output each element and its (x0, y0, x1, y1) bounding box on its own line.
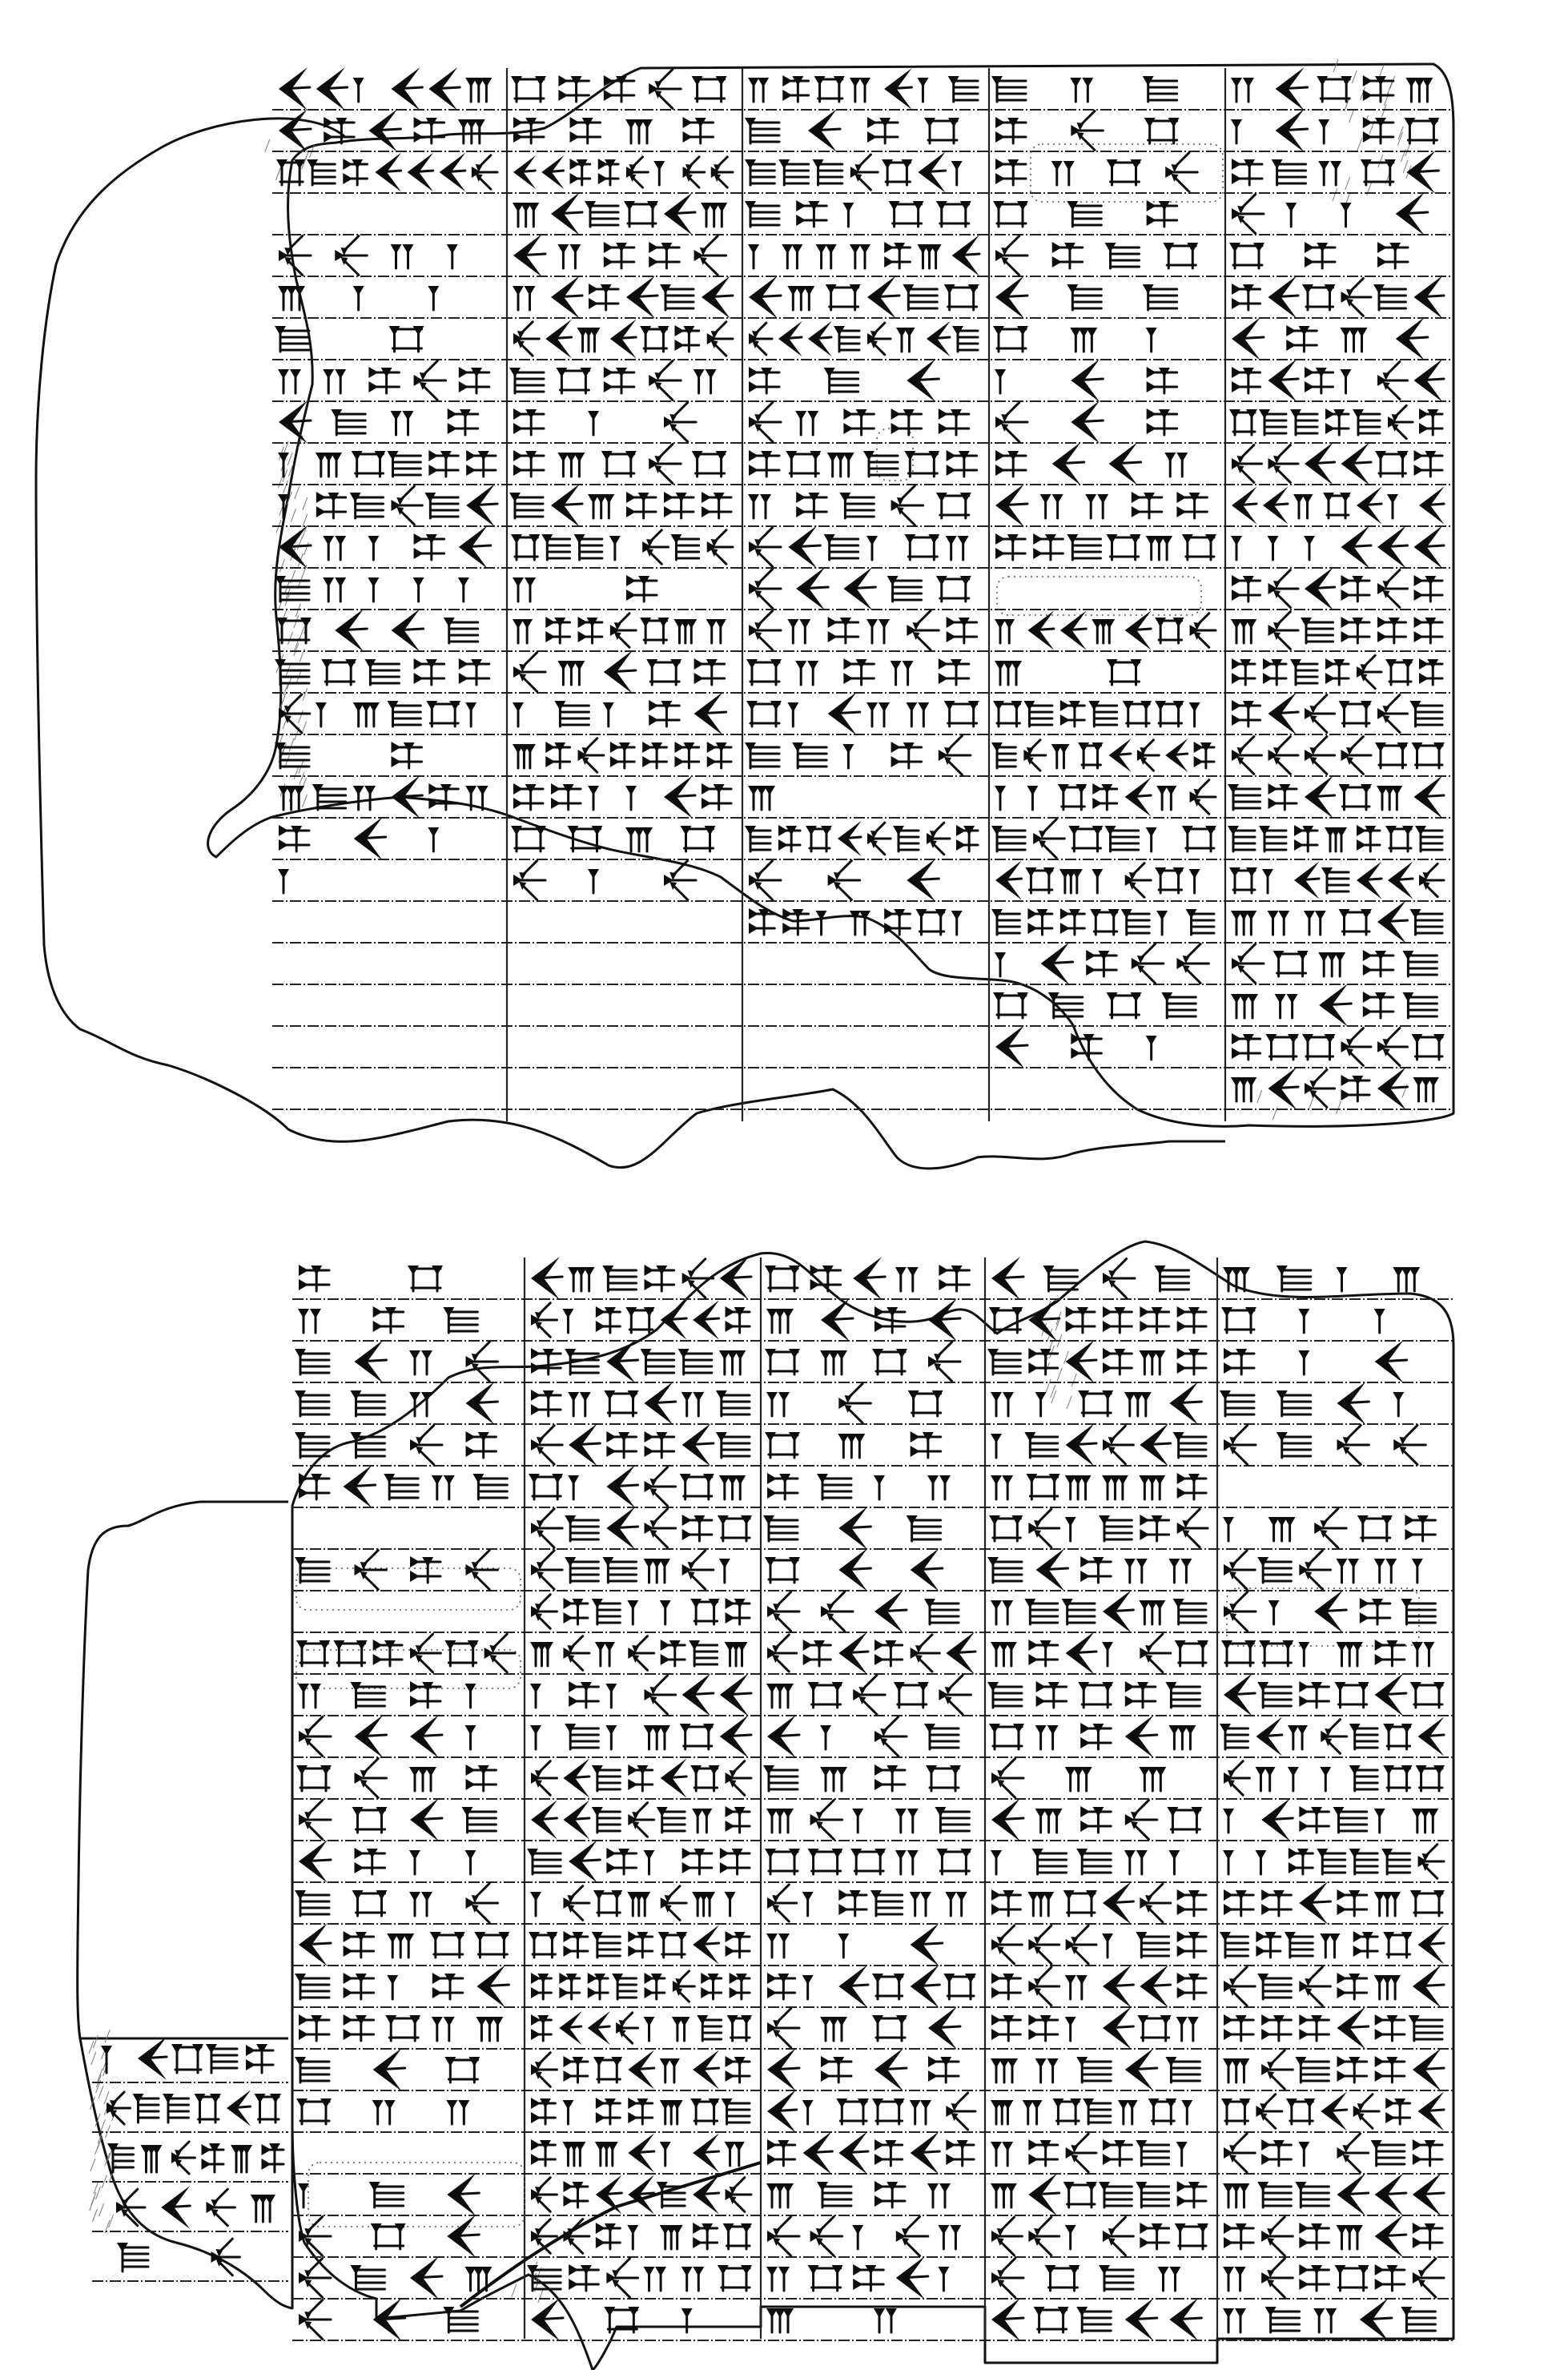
sign-group (749, 908, 963, 935)
sign-group (1223, 1265, 1420, 1291)
sign-group (995, 860, 1200, 899)
sign-group (746, 692, 979, 735)
sign-group (509, 361, 717, 400)
sign-group (991, 2098, 1192, 2124)
side-panel-sign-group (101, 2037, 273, 2080)
sign-group (987, 1681, 1200, 1708)
sign-group (991, 1382, 1201, 1425)
sign-group (513, 861, 696, 900)
sign-group (767, 2048, 959, 2091)
sign-group (993, 200, 1177, 227)
sign-group (298, 2173, 479, 2216)
sign-group (767, 2131, 974, 2175)
sign-group (766, 1923, 943, 1966)
sign-group (991, 1849, 1180, 1874)
sign-group (513, 234, 726, 277)
sign-group (531, 1971, 750, 2002)
sign-group (1232, 359, 1444, 402)
sign-group (531, 2098, 750, 2124)
sign-group (513, 276, 733, 319)
sign-group (275, 742, 422, 768)
sign-group (765, 1257, 969, 1300)
sign-group (513, 192, 727, 235)
sign-group (1231, 1067, 1439, 1110)
sign-group (993, 700, 1200, 726)
sign-group (299, 1923, 509, 1966)
sign-group (1221, 1640, 1434, 1666)
sign-group (1232, 567, 1442, 610)
erasure-box (997, 577, 1201, 615)
sign-group (531, 2011, 752, 2045)
sign-group (745, 736, 971, 775)
sign-group (745, 151, 963, 193)
sign-group (299, 1715, 476, 1758)
sign-group (1231, 525, 1444, 569)
sign-group (991, 2259, 1181, 2298)
sign-group (765, 1849, 971, 1874)
sign-group (531, 1300, 750, 1339)
cuneiform-drawing (0, 0, 1568, 2370)
sign-group (1229, 861, 1444, 899)
sign-group (995, 942, 1208, 985)
sign-group (1223, 1798, 1438, 1841)
sign-group (1221, 1307, 1385, 1333)
sign-group (1224, 1426, 1425, 1465)
sign-group (513, 403, 696, 442)
sign-group (1229, 242, 1408, 268)
sign-group (279, 817, 439, 860)
sign-group (531, 2298, 693, 2341)
sign-group (530, 1673, 751, 1716)
sign-group (531, 2175, 751, 2214)
sign-group (1224, 1881, 1445, 1925)
sign-group (749, 525, 969, 569)
sign-group (531, 1340, 746, 1383)
sign-group (299, 2298, 477, 2341)
sign-group (991, 1759, 1166, 1798)
sign-group (767, 1473, 951, 1499)
sign-group (991, 738, 1214, 772)
sign-group (295, 2048, 480, 2091)
sign-group (991, 908, 1214, 935)
sign-group (995, 153, 1197, 192)
sign-group (1220, 1925, 1444, 1964)
sign-group (1232, 737, 1445, 775)
sign-group (529, 1925, 750, 1964)
sign-group (1231, 984, 1437, 1027)
sign-group (763, 1764, 961, 1791)
sign-group (766, 1676, 971, 1715)
sign-group (1231, 109, 1439, 152)
sign-group (531, 1423, 750, 1467)
sign-group (513, 650, 725, 694)
sign-group (767, 2090, 975, 2133)
sign-group (995, 236, 1198, 276)
sign-group (531, 1758, 751, 1797)
sign-group (296, 1759, 497, 1798)
sign-group (511, 70, 727, 109)
sign-group (299, 1798, 497, 1841)
sign-group (513, 614, 726, 647)
sign-group (1232, 151, 1438, 194)
sign-group (746, 658, 969, 685)
sign-group (278, 450, 496, 477)
sign-group (1228, 775, 1444, 819)
sign-group (748, 68, 978, 110)
sign-group (995, 359, 1177, 402)
sign-group (531, 1257, 751, 1300)
sign-group (995, 610, 1216, 650)
sign-group (766, 1298, 960, 1342)
sign-group (745, 821, 978, 857)
sign-group (531, 1800, 750, 1839)
sign-group (991, 1423, 1206, 1467)
sign-group (279, 109, 485, 152)
side-panel-sign-group (107, 2090, 281, 2126)
sign-group (1229, 405, 1442, 438)
reverse-side-panel-contour (78, 1502, 288, 2038)
sign-group (1223, 1509, 1435, 1548)
obverse-fragment-edge (208, 64, 1453, 1126)
sign-group (767, 1590, 959, 1633)
sign-group (991, 2134, 1188, 2172)
sign-group (987, 1548, 1192, 1591)
sign-group (991, 1473, 1206, 1499)
side-panel-sign-group (107, 2142, 283, 2174)
sign-group (531, 1595, 750, 1629)
sign-group (295, 1551, 498, 1590)
sign-group (531, 2050, 750, 2089)
sign-group (991, 1965, 1206, 2008)
erasure-box (308, 2163, 525, 2227)
sign-group (766, 2308, 897, 2332)
sign-group (513, 445, 727, 484)
sign-group (298, 1306, 477, 1333)
reverse-side-panel-fragment (80, 2038, 292, 2308)
sign-group (296, 1634, 515, 1672)
sign-group (1224, 1340, 1407, 1383)
sign-group (748, 235, 979, 276)
sign-group (766, 1801, 969, 1840)
sign-group (1224, 1673, 1445, 1716)
sign-group (991, 2217, 1208, 2255)
sign-group (299, 1265, 443, 1291)
sign-group (991, 1257, 1189, 1300)
sign-group (767, 2006, 960, 2050)
sign-group (767, 1885, 967, 1921)
sign-group (1224, 1761, 1445, 1796)
reverse-fragment-edge (292, 1241, 1453, 2370)
sign-group (991, 819, 1216, 858)
sign-group (1223, 2298, 1435, 2341)
sign-group (767, 1632, 975, 1675)
sign-group (749, 567, 971, 610)
sign-group (991, 1925, 1206, 1964)
sign-group (509, 484, 731, 527)
sign-group (299, 1840, 476, 1883)
sign-group (765, 1342, 960, 1382)
sign-group (1231, 612, 1442, 650)
sign-group (995, 484, 1207, 527)
sign-group (748, 786, 775, 810)
sign-group (1224, 2134, 1442, 2172)
sign-group (991, 2048, 1200, 2091)
reverse-ruling (92, 1257, 1453, 2340)
sign-group (1224, 1590, 1435, 1633)
sign-group (1228, 825, 1442, 851)
sign-group (991, 1590, 1206, 1633)
sign-group (513, 738, 731, 772)
sign-group (278, 775, 488, 819)
sign-group (1232, 692, 1442, 735)
sign-group (993, 992, 1196, 1018)
sign-group (763, 1507, 941, 1550)
sign-group (1231, 67, 1433, 111)
sign-group (1232, 442, 1442, 485)
sign-group (295, 1382, 498, 1425)
sign-group (299, 2215, 479, 2258)
sign-group (1232, 1028, 1445, 1066)
sign-group (1232, 655, 1442, 688)
sign-group (767, 1715, 959, 1758)
sign-group (527, 2259, 752, 2297)
sign-group (766, 1384, 943, 1423)
sign-group (767, 1965, 976, 2008)
sign-group (993, 326, 1157, 352)
sign-group (1223, 2259, 1444, 2297)
sign-group (299, 2014, 503, 2041)
sign-group (530, 1715, 751, 1758)
tablet-plate: Obverse Reverse (0, 0, 1568, 2370)
sign-group (1232, 192, 1428, 235)
sign-group (1224, 1551, 1423, 1589)
sign-group (299, 2256, 493, 2300)
sign-group (513, 692, 726, 735)
sign-group (749, 403, 969, 442)
sign-group (749, 276, 979, 319)
sign-group (511, 826, 716, 851)
sign-group (530, 1636, 748, 1671)
sign-group (767, 2217, 961, 2256)
sign-group (1224, 2006, 1442, 2050)
sign-group (995, 111, 1180, 151)
sign-group (295, 1426, 497, 1465)
sign-group (279, 400, 478, 444)
sign-group (749, 321, 978, 357)
sign-group (991, 2298, 1201, 2341)
sign-group (991, 2173, 1206, 2216)
sign-group (527, 1840, 750, 1883)
sign-group (275, 658, 489, 685)
sign-group (749, 359, 939, 402)
sign-group (991, 1632, 1208, 1675)
sign-group (745, 109, 959, 152)
sign-group (991, 1881, 1206, 1925)
sign-group (279, 67, 492, 111)
sign-group (295, 1965, 509, 2008)
sign-group (1220, 1382, 1404, 1425)
sign-group (1232, 276, 1444, 319)
sign-group (531, 1507, 752, 1550)
sign-group (513, 775, 731, 819)
sign-group (295, 1340, 498, 1383)
sign-group (1220, 1716, 1444, 1756)
sign-group (749, 611, 977, 650)
sign-group (531, 1382, 750, 1425)
sign-group (1232, 944, 1437, 984)
sign-group (995, 777, 1216, 816)
sign-group (749, 859, 939, 902)
sign-group (987, 1340, 1206, 1383)
sign-group (278, 869, 289, 893)
sign-group (1221, 2091, 1444, 2131)
sign-group (278, 484, 497, 527)
sign-group (1232, 486, 1445, 524)
sign-group (1223, 1845, 1444, 1879)
sign-group (529, 1465, 746, 1508)
sign-group (1223, 2173, 1444, 2216)
sign-group (1224, 2215, 1442, 2258)
sign-group (991, 76, 1177, 102)
sign-group (531, 2133, 745, 2172)
sign-group (995, 400, 1177, 444)
sign-group (513, 117, 714, 143)
sign-group (530, 1886, 736, 1921)
sign-group (766, 2181, 951, 2207)
sign-group (531, 1551, 730, 1589)
sign-group (749, 450, 977, 477)
sign-group (766, 2256, 949, 2300)
sign-group (279, 236, 458, 276)
sign-group (279, 525, 491, 569)
sign-group (296, 2098, 469, 2124)
sign-group (295, 1884, 498, 1923)
sign-group (989, 1715, 1196, 1758)
sign-group (1231, 900, 1442, 944)
sign-group (275, 326, 424, 352)
sign-group (299, 1465, 507, 1508)
sign-group (1232, 317, 1428, 360)
sign-group (991, 2006, 1199, 2050)
sign-group (298, 1681, 476, 1708)
sign-group (765, 1548, 943, 1591)
sign-group (991, 1798, 1202, 1841)
sign-group (275, 576, 469, 602)
sign-group (276, 153, 497, 192)
sign-group (276, 609, 478, 652)
sign-group (1224, 1965, 1444, 2008)
sign-group (995, 659, 1142, 685)
sign-group (748, 486, 971, 525)
sign-group (765, 1431, 941, 1458)
sign-group (995, 276, 1177, 319)
sign-group (511, 530, 733, 564)
sign-group (513, 155, 733, 189)
sign-group (995, 533, 1216, 560)
sign-group (1223, 2048, 1444, 2091)
sign-group (279, 694, 476, 733)
sign-group (989, 1509, 1208, 1547)
sign-group (513, 575, 657, 602)
sign-group (513, 320, 733, 359)
sign-group (995, 442, 1188, 485)
sign-group (745, 200, 971, 227)
obverse-signs (275, 67, 1445, 1110)
